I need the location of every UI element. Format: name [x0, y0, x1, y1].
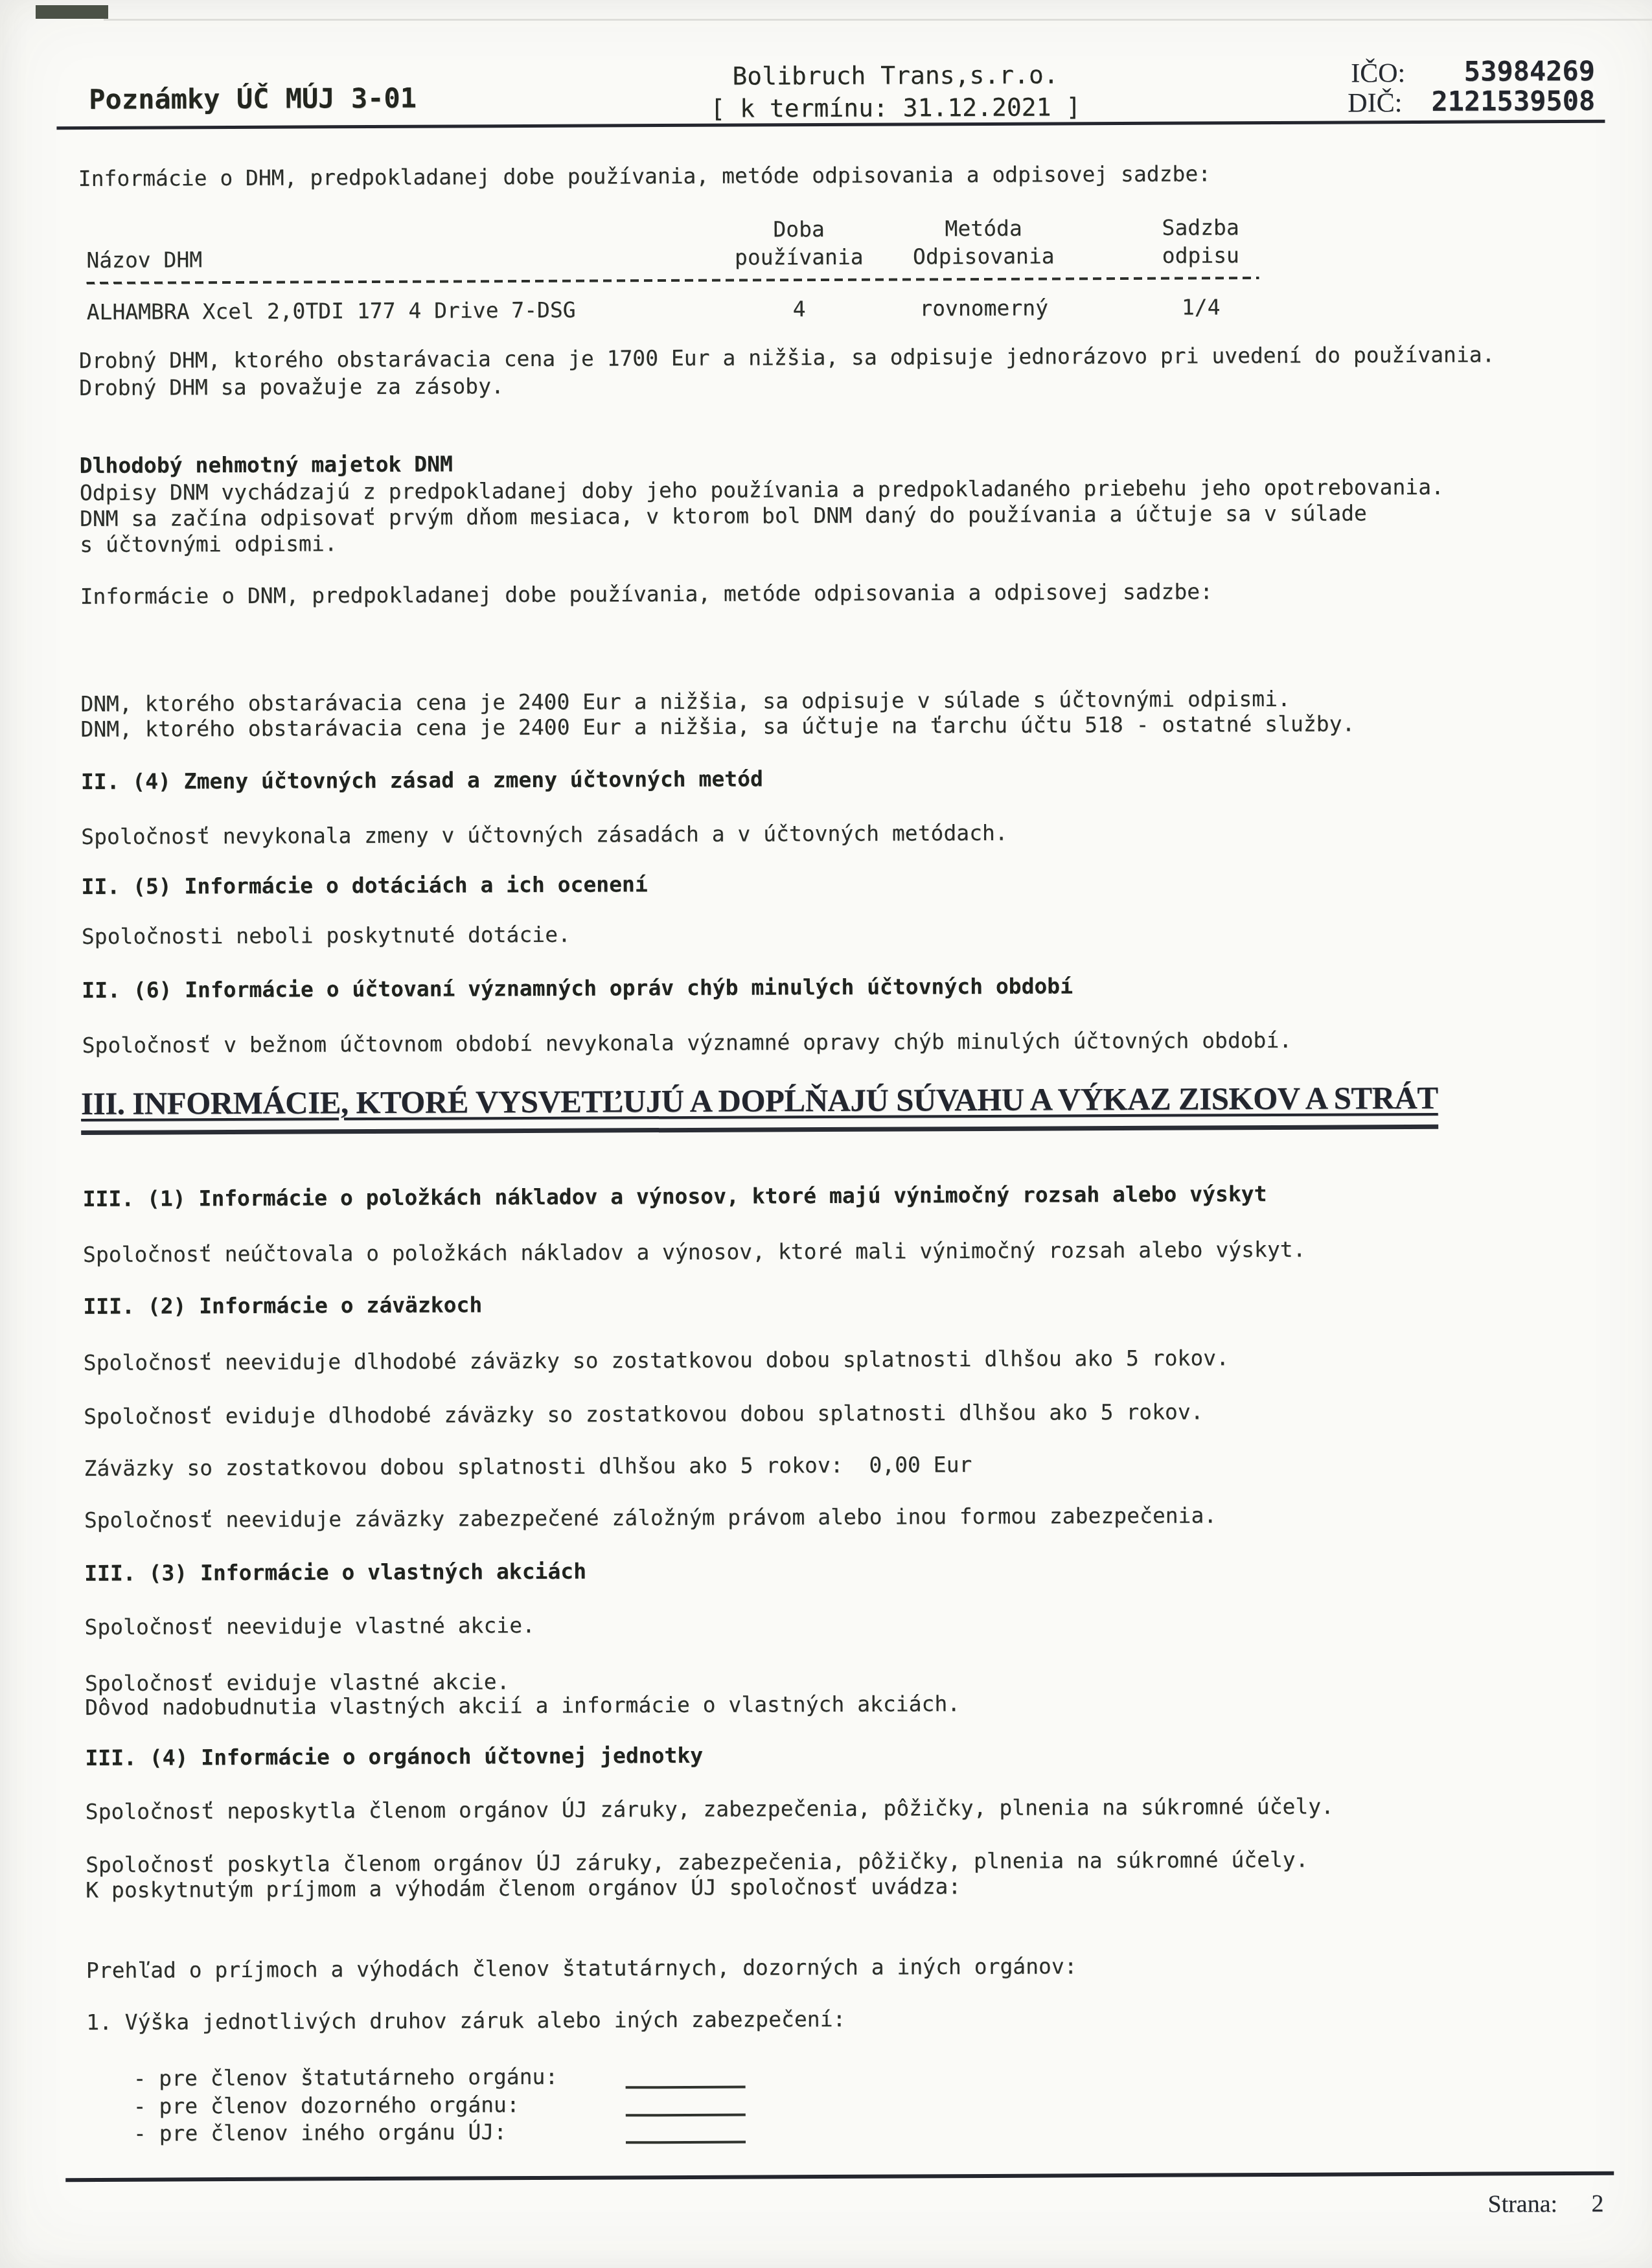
section-ii4-body: Spoločnosť nevykonala zmeny v účtovných … — [81, 821, 1008, 849]
scanned-document-page: Poznámky ÚČ MÚJ 3-01 Bolibruch Trans,s.r… — [0, 0, 1652, 2268]
dhm-table-rate-header-top: Sadzba — [1136, 215, 1265, 240]
dhm-table-name-header: Názov DHM — [86, 247, 202, 273]
blank-underline-1 — [626, 2086, 746, 2089]
ico-label: IČO: — [1351, 60, 1405, 87]
ico-value: 53984269 — [1427, 58, 1595, 86]
section-iii3-body-1: Spoločnosť neeviduje vlastné akcie. — [84, 1613, 535, 1640]
section-ii6-body: Spoločnosť v bežnom účtovnom období nevy… — [82, 1028, 1292, 1058]
dnm-body-3: s účtovnými odpismi. — [80, 531, 338, 557]
vyska-line: 1. Výška jednotlivých druhov záruk alebo… — [86, 2007, 845, 2035]
page-sheet: Poznámky ÚČ MÚJ 3-01 Bolibruch Trans,s.r… — [0, 0, 1652, 2268]
dhm-drobny-line-1: Drobný DHM, ktorého obstarávacia cena je… — [79, 342, 1495, 372]
section-iii4-body-3: K poskytnutým príjmom a výhodám členom o… — [86, 1874, 961, 1903]
dnm-heading: Dlhodobý nehmotný majetok DNM — [80, 452, 453, 478]
section-iii4-heading: III. (4) Informácie o orgánoch účtovnej … — [85, 1743, 703, 1770]
prehlad-line: Prehľad o príjmoch a výhodách členov šta… — [86, 1954, 1077, 1983]
dhm-intro: Informácie o DHM, predpokladanej dobe po… — [78, 161, 1211, 191]
section-iii2-heading: III. (2) Informácie o záväzkoch — [83, 1292, 482, 1319]
section-iii1-body: Spoločnosť neúčtovala o položkách náklad… — [83, 1237, 1306, 1267]
dhm-drobny-line-2: Drobný DHM sa považuje za zásoby. — [79, 374, 504, 400]
dhm-table-row-rate: 1/4 — [1136, 295, 1266, 320]
guarantee-item-3: - pre členov iného orgánu ÚJ: — [133, 2120, 507, 2146]
section-iii3-heading: III. (3) Informácie o vlastných akciách — [84, 1559, 586, 1586]
guarantee-item-2: - pre členov dozorného orgánu: — [133, 2092, 520, 2119]
section-iii2-body-2: Spoločnosť eviduje dlhodobé záväzky so z… — [84, 1399, 1204, 1428]
section-iii3-body-3: Dôvod nadobudnutia vlastných akcií a inf… — [85, 1691, 960, 1720]
section-iii1-heading: III. (1) Informácie o položkách nákladov… — [83, 1182, 1267, 1211]
dic-value: 2121539508 — [1427, 87, 1595, 115]
footer-page-label: Strana: — [1487, 2192, 1557, 2216]
section-iii4-body-1: Spoločnosť neposkytla členom orgánov ÚJ … — [86, 1794, 1334, 1824]
part-iii-heading: III. INFORMÁCIE, KTORÉ VYSVETĽUJÚ A DOPĹ… — [81, 1081, 1438, 1135]
dhm-table-usage-header-top: Doba — [734, 217, 864, 242]
dhm-table-row-usage: 4 — [735, 297, 864, 322]
dic-label: DIČ: — [1348, 89, 1402, 117]
dhm-table-method-header-top: Metóda — [902, 216, 1064, 241]
dhm-table-divider — [86, 277, 1259, 284]
section-ii4-heading: II. (4) Zmeny účtovných zásad a zmeny úč… — [81, 766, 763, 794]
guarantee-item-1: - pre členov štatutárneho orgánu: — [133, 2065, 558, 2091]
section-iii2-body-3: Záväzky so zostatkovou dobou splatnosti … — [84, 1452, 972, 1481]
section-iii2-body-4: Spoločnosť neeviduje záväzky zabezpečené… — [84, 1503, 1217, 1533]
footer-divider — [65, 2171, 1614, 2182]
blank-underline-2 — [626, 2114, 746, 2117]
section-iii3-body-2: Spoločnosť eviduje vlastné akcie. — [85, 1669, 510, 1696]
dhm-table-rate-header-bottom: odpisu — [1136, 243, 1265, 268]
section-ii5-body: Spoločnosti neboli poskytnuté dotácie. — [82, 922, 571, 949]
dnm-intro: Informácie o DNM, predpokladanej dobe po… — [80, 579, 1213, 609]
dnm-body-5: DNM, ktorého obstarávacia cena je 2400 E… — [80, 711, 1355, 742]
dhm-table-row-name: ALHAMBRA Xcel 2,0TDI 177 4 Drive 7-DSG — [87, 298, 576, 325]
dhm-table-row-method: rovnomerný — [903, 295, 1065, 321]
dhm-table-usage-header-bottom: používania — [734, 245, 864, 270]
section-iii4-body-2: Spoločnosť poskytla členom orgánov ÚJ zá… — [86, 1848, 1309, 1877]
footer-page-number: 2 — [1591, 2192, 1603, 2216]
section-ii5-heading: II. (5) Informácie o dotáciách a ich oce… — [81, 872, 647, 899]
section-iii2-body-1: Spoločnosť neeviduje dlhodobé záväzky so… — [84, 1346, 1229, 1375]
blank-underline-3 — [626, 2141, 746, 2144]
section-ii6-heading: II. (6) Informácie o účtovaní významných… — [82, 974, 1073, 1003]
dhm-table-method-header-bottom: Odpisovania — [902, 244, 1064, 269]
dnm-body-2: DNM sa začína odpisovať prvým dňom mesia… — [80, 501, 1367, 531]
